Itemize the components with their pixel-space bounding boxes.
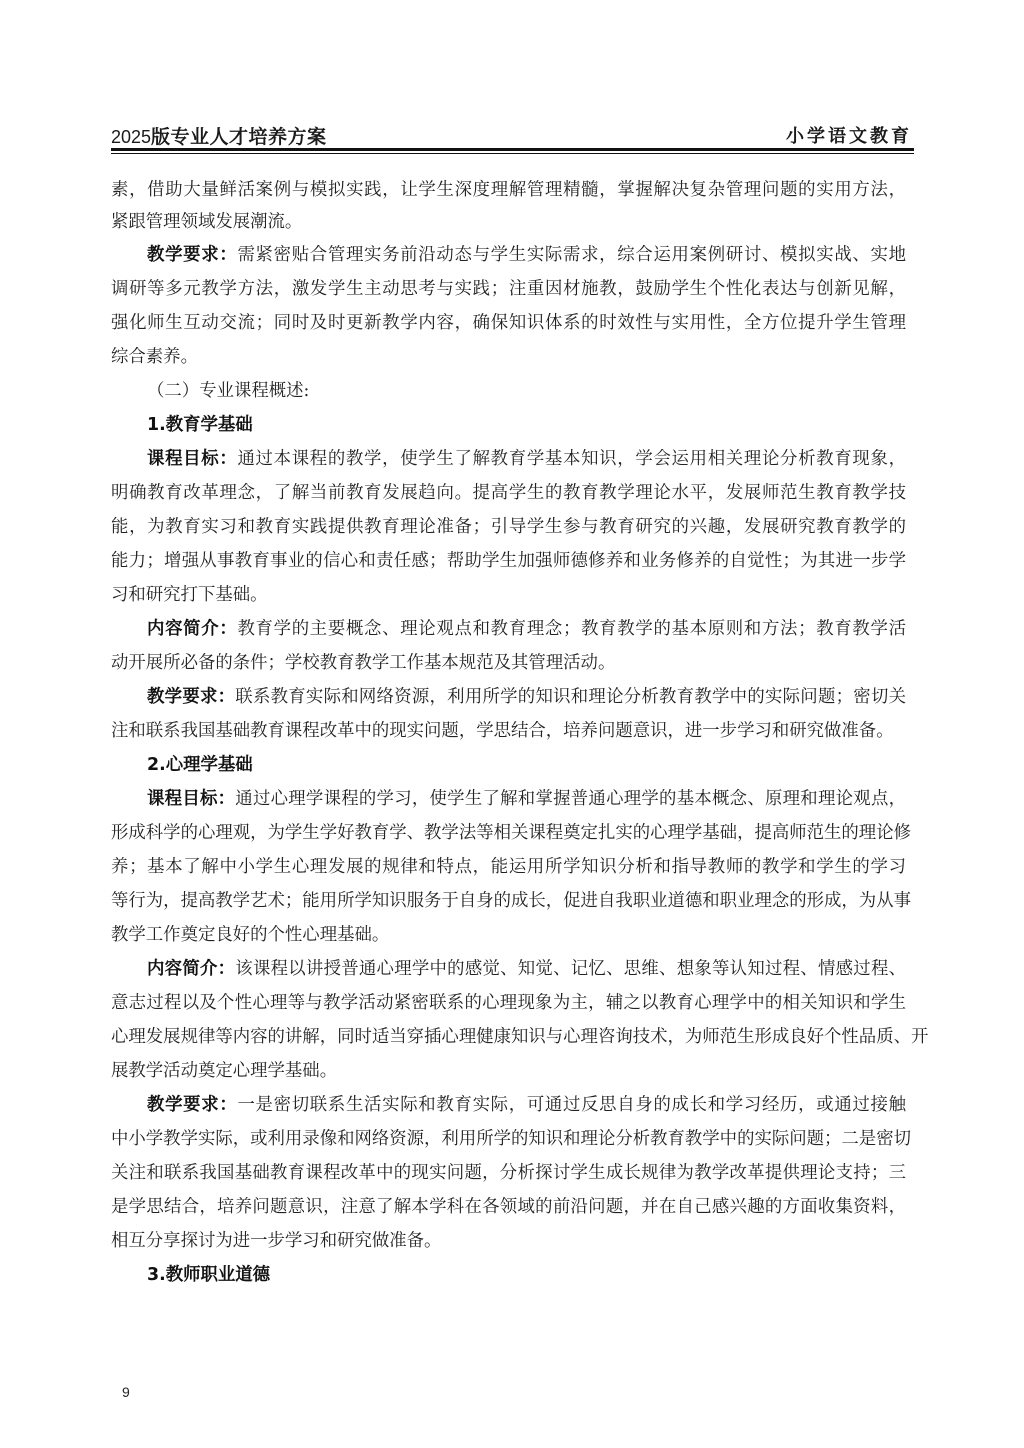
section-heading: （二）专业课程概述: (111, 374, 906, 408)
course-title: 1.教育学基础 (111, 408, 906, 442)
header-rule-thin (111, 153, 914, 154)
paragraph-line: 意志过程以及个性心理等与教学活动紧密联系的心理现象为主，辅之以教育心理学中的相关… (111, 986, 906, 1020)
paragraph-line: 教学要求：联系教育实际和网络资源，利用所学的知识和理论分析教育教学中的实际问题；… (111, 680, 906, 714)
paragraph-line: 课程目标：通过心理学课程的学习，使学生了解和掌握普通心理学的基本概念、原理和理论… (111, 782, 906, 816)
paragraph-line: 课程目标：通过本课程的教学，使学生了解教育学基本知识，学会运用相关理论分析教育现… (111, 442, 906, 476)
paragraph-line: 动开展所必备的条件；学校教育教学工作基本规范及其管理活动。 (111, 646, 906, 680)
paragraph-line: 关注和联系我国基础教育课程改革中的现实问题，分析探讨学生成长规律为教学改革提供理… (111, 1156, 906, 1190)
paragraph-line: 形成科学的心理观，为学生学好教育学、教学法等相关课程奠定扎实的心理学基础，提高师… (111, 816, 906, 850)
header-year: 2025 (111, 127, 151, 147)
paragraph-line: 教学要求：一是密切联系生活实际和教育实际，可通过反思自身的成长和学习经历，或通过… (111, 1088, 906, 1122)
teaching-requirement-label: 教学要求： (147, 1095, 237, 1115)
paragraph-line: 紧跟管理领域发展潮流。 (111, 206, 906, 238)
paragraph-line: 心理发展规律等内容的讲解，同时适当穿插心理健康知识与心理咨询技术，为师范生形成良… (111, 1020, 906, 1054)
paragraph-line: 相互分享探讨为进一步学习和研究做准备。 (111, 1224, 906, 1258)
paragraph-line: 能，为教育实习和教育实践提供教育理论准备；引导学生参与教育研究的兴趣，发展研究教… (111, 510, 906, 544)
content-intro-label: 内容简介： (147, 959, 235, 979)
paragraph-line: 等行为，提高教学艺术；能用所学知识服务于自身的成长，促进自我职业道德和职业理念的… (111, 884, 906, 918)
running-header: 2025版专业人才培养方案 小学语文教育 (111, 126, 914, 148)
paragraph-line: 中小学教学实际，或利用录像和网络资源，利用所学的知识和理论分析教育教学中的实际问… (111, 1122, 906, 1156)
paragraph-line: 综合素养。 (111, 340, 906, 374)
header-title-text: 版专业人才培养方案 (151, 126, 327, 148)
paragraph-line: 展教学活动奠定心理学基础。 (111, 1054, 906, 1088)
paragraph-line: 内容简介：该课程以讲授普通心理学中的感觉、知觉、记忆、思维、想象等认知过程、情感… (111, 952, 906, 986)
course-title: 3.教师职业道德 (111, 1258, 906, 1292)
paragraph-line: 明确教育改革理念，了解当前教育发展趋向。提高学生的教育教学理论水平，发展师范生教… (111, 476, 906, 510)
course-goal-label: 课程目标： (147, 789, 235, 809)
teaching-requirement-label: 教学要求： (147, 245, 237, 265)
page-number: 9 (122, 1383, 130, 1401)
paragraph-line: 素，借助大量鲜活案例与模拟实践，让学生深度理解管理精髓，掌握解决复杂管理问题的实… (111, 174, 906, 206)
header-major-name: 小学语文教育 (786, 126, 912, 148)
paragraph-line: 养；基本了解中小学生心理发展的规律和特点，能运用所学知识分析和指导教师的教学和学… (111, 850, 906, 884)
paragraph-line: 注和联系我国基础教育课程改革中的现实问题，学思结合，培养问题意识，进一步学习和研… (111, 714, 906, 748)
paragraph-line: 能力；增强从事教育事业的信心和责任感；帮助学生加强师德修养和业务修养的自觉性；为… (111, 544, 906, 578)
paragraph-line: 强化师生互动交流；同时及时更新教学内容，确保知识体系的时效性与实用性，全方位提升… (111, 306, 906, 340)
header-rule-thick (111, 148, 914, 151)
content-intro-label: 内容简介： (147, 619, 237, 639)
course-goal-label: 课程目标： (147, 449, 237, 469)
document-page: 2025版专业人才培养方案 小学语文教育 素，借助大量鲜活案例与模拟实践，让学生… (0, 0, 1024, 1448)
body-text: 素，借助大量鲜活案例与模拟实践，让学生深度理解管理精髓，掌握解决复杂管理问题的实… (111, 174, 906, 1292)
paragraph-line: 是学思结合，培养问题意识，注意了解本学科在各领域的前沿问题，并在自己感兴趣的方面… (111, 1190, 906, 1224)
header-program-title: 2025版专业人才培养方案 (111, 126, 327, 148)
paragraph-line: 内容简介：教育学的主要概念、理论观点和教育理念；教育教学的基本原则和方法；教育教… (111, 612, 906, 646)
teaching-requirement-label: 教学要求： (147, 687, 235, 707)
paragraph-line: 调研等多元教学方法，激发学生主动思考与实践；注重因材施教，鼓励学生个性化表达与创… (111, 272, 906, 306)
paragraph-line: 教学工作奠定良好的个性心理基础。 (111, 918, 906, 952)
paragraph-line: 教学要求：需紧密贴合管理实务前沿动态与学生实际需求，综合运用案例研讨、模拟实战、… (111, 238, 906, 272)
course-title: 2.心理学基础 (111, 748, 906, 782)
paragraph-line: 习和研究打下基础。 (111, 578, 906, 612)
